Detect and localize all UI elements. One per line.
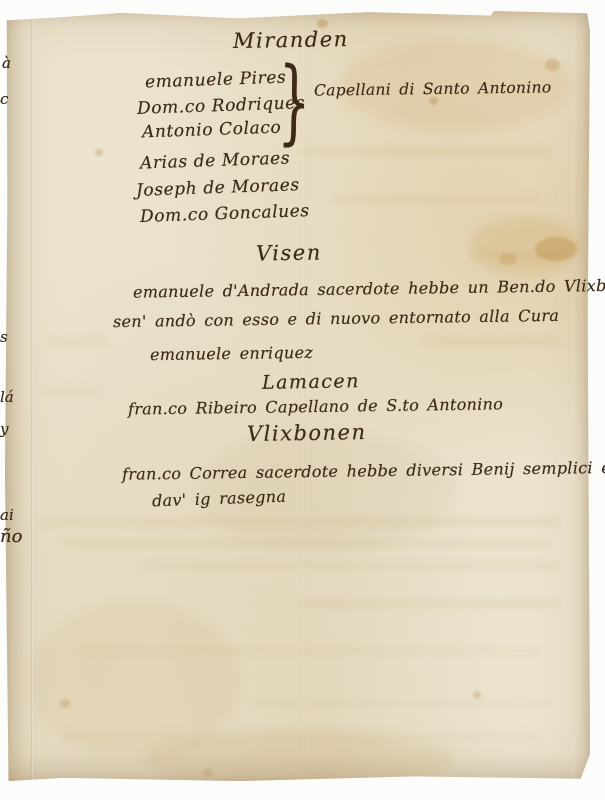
margin-fragment: lá [0,388,14,406]
margin-fragment: c [0,90,8,108]
section-heading-vlixbonen: Vlixbonen [247,420,367,446]
bleedthrough-streak [60,733,540,741]
scanner-background: Miranden emanuele Pires Dom.co Rodriques… [0,0,605,800]
section-heading-visen: Visen [256,240,322,265]
margin-fragment: y [0,420,8,438]
stain-spot [545,59,560,71]
stain [30,601,240,761]
stain-spot [203,769,212,777]
grouping-brace: } [277,62,311,142]
bleedthrough-streak [330,195,540,203]
bleedthrough-streak [60,539,550,548]
bleedthrough-streak [45,387,100,395]
bleedthrough-streak [250,699,550,707]
bleedthrough-streak [40,517,560,527]
text-line: emanuele enriquez [150,343,313,364]
stain-spot [535,237,577,261]
bleedthrough-streak [470,251,565,259]
stain-spot [60,699,70,708]
brace-note: Capellani di Santo Antonino [314,78,552,99]
stain [470,216,580,276]
section-heading-lamacen: Lamacen [262,370,360,394]
margin-fragment: s [0,328,8,346]
stain-spot [499,253,517,265]
bleedthrough-streak [420,337,560,346]
margin-fragment: à [2,54,11,72]
stain-spot [473,691,481,699]
bleedthrough-streak [300,147,550,156]
fold-crease-left [31,11,34,781]
bleedthrough-streak [300,599,560,608]
bleedthrough-streak [80,647,540,655]
margin-fragment: ño [0,526,22,547]
stain-spot [95,149,103,156]
margin-fragment: ai [0,506,14,524]
bleedthrough-streak [47,337,107,345]
stain-spot [429,97,438,105]
stain [145,731,455,786]
bleedthrough-streak [140,561,560,570]
